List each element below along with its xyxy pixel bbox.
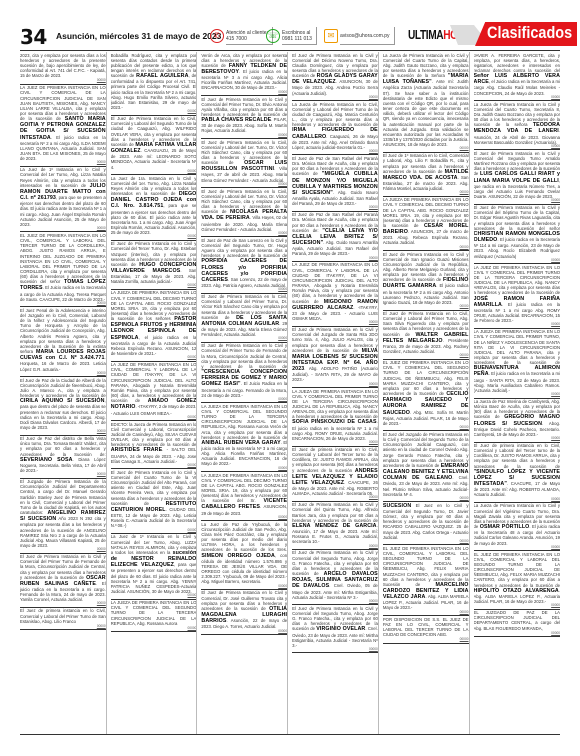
legal-notice: El Juez Penal de la Adolescencia e inter… bbox=[20, 307, 106, 377]
contact-email: ✉ avisos@uhora.com.py bbox=[324, 27, 395, 45]
legal-notice: El Juez de Paz de San Rafael del Paraná … bbox=[292, 155, 378, 211]
notice-text: POR DISPOSICION DE S.S. EL JUEZ DE PAZ E… bbox=[383, 617, 469, 637]
legal-notice: LA JUEZ DE PRIMERA INSTANCIA EN LO CIVIL… bbox=[474, 264, 561, 329]
legal-notice: LA JUEZ DE PRIMERA INSTANCIA EN LO CIVIL… bbox=[292, 262, 378, 327]
legal-notice: La Juez de Paz de Yrybucuá, de la Circun… bbox=[201, 521, 287, 590]
notice-code: 00000 bbox=[111, 110, 197, 113]
notice-code: 00000 bbox=[474, 259, 561, 262]
notice-code: 00000 bbox=[292, 257, 378, 260]
notice-subject-name: SEVERIANO SOSA bbox=[20, 457, 73, 463]
notice-code: 00000 bbox=[201, 288, 287, 291]
legal-notice: Verón de Arca, cita y emplaza por sesent… bbox=[201, 52, 287, 96]
section-title: Clasificados bbox=[487, 23, 572, 43]
notice-text: . Abg. ADOLFO PATIÑO (Actuario Judicial)… bbox=[292, 366, 378, 382]
legal-notice: SUCESION El Juez en lo Civil y Comercial… bbox=[383, 502, 469, 545]
legal-notice: El Juez de Primera Instancia en lo Civil… bbox=[201, 343, 287, 403]
legal-notice: La Jueza de Paz Interina de Cambyretá, A… bbox=[474, 399, 561, 443]
notice-code: 00000 bbox=[20, 602, 106, 605]
legal-notice: El Juez de Primera Instancia en lo Civil… bbox=[383, 251, 469, 310]
notice-text: La Jueza de Primera Instancia en lo Civi… bbox=[292, 102, 378, 128]
notice-text: , de conformidad a lo dispuesto por el A… bbox=[111, 73, 197, 110]
classifieds-columns: 2023, cita y emplaza por sesenta días a … bbox=[20, 52, 560, 734]
notice-subject-name: ANIBAL RUBEN VERA GARAY bbox=[201, 440, 280, 446]
legal-notice: El Juez de Primera Instancia en lo Civil… bbox=[111, 469, 197, 534]
notice-code: 00000 bbox=[383, 354, 469, 357]
legal-notice: El Juez de Paz de San Lorenzo en lo Civi… bbox=[201, 237, 287, 293]
notice-code: 00000 bbox=[201, 467, 287, 470]
notice-code: 00000 bbox=[474, 96, 561, 99]
notice-code: 00000 bbox=[474, 437, 561, 440]
legal-notice: La Jueza de Primera Instancia en lo Civi… bbox=[474, 503, 561, 551]
notice-code: 00000 bbox=[20, 430, 106, 433]
page-header: 34 Asunción, miércoles 31 de mayo de 202… bbox=[20, 22, 575, 48]
notice-subject-name: VIRGINIO OVELAR bbox=[316, 626, 365, 632]
notice-text: EL JUEZ DE PRIMERA INSTANCIA EN LO CIVIL… bbox=[20, 233, 106, 284]
legal-notice: EL JUEZ DE PRIMERA INSTANCIA EN LO CIVIL… bbox=[383, 545, 469, 616]
legal-notice: EL JUEZ DE PRIMERA INSTANCIA EN LO CIVIL… bbox=[474, 551, 561, 609]
footer-rule bbox=[20, 734, 560, 735]
legal-notice: El Juez de Primera Instancia en lo Civil… bbox=[201, 139, 287, 188]
notice-code: 00000 bbox=[201, 183, 287, 186]
phone-icon: ✆ bbox=[210, 29, 224, 43]
legal-notice: El Juez de Primera Instancia en lo Civil… bbox=[292, 52, 378, 101]
notice-text: El Juez de Primera Instancia en lo Civil… bbox=[292, 502, 378, 522]
legal-notice: El Juez de Primera Instancia en lo Civil… bbox=[201, 294, 287, 343]
legal-notice: Bobadilla Rodríguez, cita y emplaza por … bbox=[111, 52, 197, 116]
legal-notice: LA JUEZA DE PRIMERA INSTANCIA EN LO CIVI… bbox=[474, 329, 561, 399]
legal-notice: El Juez de Primera Instancia en lo Civil… bbox=[292, 605, 378, 653]
notice-subject-name: OSMAR PORTILLO bbox=[480, 524, 530, 530]
column-4: El Juez de Primera Instancia en lo Civil… bbox=[292, 52, 379, 734]
notice-text: El Juez de Paz del distrito de Bella Vis… bbox=[20, 436, 106, 456]
notice-code: 00000 bbox=[383, 638, 469, 641]
notice-text: LA JUEZ DE PRIMERA INSTANCIA EN LO CIVIL… bbox=[111, 362, 197, 403]
legal-notice: El Juez de Primera Instancia en lo Civil… bbox=[111, 241, 197, 290]
notice-code: 00000 bbox=[474, 632, 561, 635]
notice-text: EL JUEZ DE PRIMERA INSTANCIA EN LO CIVIL… bbox=[474, 552, 561, 588]
legal-notice: El Juez de 1º Instancia en lo Civil, Com… bbox=[383, 153, 469, 197]
notice-text: El Juez de Paz de la Ciudad de Alberdi d… bbox=[20, 378, 106, 398]
notice-code: 00000 bbox=[292, 600, 378, 603]
legal-notice: LA JUEZA DE PRIMERA INSTANCIA EN LO CIVI… bbox=[111, 290, 197, 362]
notice-code: 00000 bbox=[111, 416, 197, 419]
notice-code: 00000 bbox=[111, 170, 197, 173]
notice-text: 2023, cita y emplaza por sesenta días a … bbox=[20, 53, 106, 79]
notice-code: 00000 bbox=[20, 625, 106, 628]
contact-whatsapp: ☏ Escribinos al0981 111 013 bbox=[266, 27, 317, 45]
legal-notice: LA JUEZ DE PRIMERA INSTANCIA EN LO CIVIL… bbox=[20, 85, 106, 167]
notice-code: 00000 bbox=[201, 337, 287, 340]
legal-notice: LA JUEZA DE PRIMERA INSTANCIA EN LO CIVI… bbox=[111, 600, 197, 633]
notice-code: 00000 bbox=[111, 627, 197, 630]
notice-text: EL JUZGADO DE PAZ DE LA CIRCUNSCRIPCION … bbox=[474, 610, 561, 630]
notice-code: 00000 bbox=[201, 585, 287, 588]
legal-notice: El Juez de Primera Instancia en lo Civil… bbox=[474, 150, 561, 204]
notice-text: El Juez de primera instancia en lo Civil… bbox=[20, 608, 106, 623]
notice-text: El Juez en lo Civil y Comercial del Segu… bbox=[383, 503, 469, 540]
notice-code: 00000 bbox=[383, 540, 469, 543]
notice-text: El Juez de Primera Instancia en lo Civil… bbox=[201, 97, 287, 117]
mail-icon: ✉ bbox=[324, 29, 338, 43]
notice-code: 00000 bbox=[201, 630, 287, 633]
notice-text: El Juez de Primera Instancia en lo Civil… bbox=[201, 343, 287, 369]
legal-notice: El Juez de Primera Instancia en lo Civil… bbox=[383, 311, 469, 360]
legal-notice: La Juez de 1º Instancia en lo Civil y Co… bbox=[20, 167, 106, 233]
notice-code: 00000 bbox=[383, 611, 469, 614]
notice-code: 00000 bbox=[474, 199, 561, 202]
notice-code: 00000 bbox=[111, 284, 197, 287]
notice-code: 00000 bbox=[20, 79, 106, 82]
notice-subject-name: SIMEON ORREGO OJEDA bbox=[201, 553, 275, 559]
column-3: Verón de Arca, cita y emplaza por sesent… bbox=[201, 52, 288, 734]
column-1: 2023, cita y emplaza por sesenta días a … bbox=[20, 52, 107, 734]
notice-text: EDICTO: la Jueza de Primera Instancia en… bbox=[111, 422, 197, 448]
header-rule bbox=[20, 50, 560, 51]
notice-subject-name: CIRILA AQUINO S/ SUCESIÓN bbox=[20, 398, 105, 404]
notice-text: El Juez de Primera Instancia en lo Civil… bbox=[474, 205, 561, 231]
notice-subject-name: ARISTIDES FRARE bbox=[111, 447, 163, 453]
legal-notice: La Jueza de Primera Instancia en lo Civi… bbox=[383, 52, 469, 153]
notice-text: La Juez de Paz de Yrybucuá, de la Circun… bbox=[201, 522, 287, 553]
notice-code: 00000 bbox=[20, 227, 106, 230]
notice-text: El Juez de Paz de San Lorenzo en lo Civi… bbox=[201, 238, 287, 258]
legal-notice: La Juez de 1º Instancia en lo Civil y Co… bbox=[111, 534, 197, 600]
legal-notice: El Juez de primera instancia en lo Civil… bbox=[292, 447, 378, 502]
notice-subject-name: SUCESION bbox=[383, 503, 411, 509]
publication-date: Asunción, miércoles 31 de mayo de 2023 bbox=[56, 31, 221, 41]
notice-code: 00000 bbox=[292, 545, 378, 548]
notice-code: 00000 bbox=[201, 398, 287, 401]
notice-text: LA JUEZA DE PRIMERA INSTANCIA EN LO CIVI… bbox=[201, 404, 287, 440]
legal-notice: LA JUEZA DE PRIMERA INSTANCIA EN LO CIVI… bbox=[201, 403, 287, 472]
notice-code: 00000 bbox=[111, 235, 197, 238]
notice-code: 00000 bbox=[292, 206, 378, 209]
notice-subject-name: MARIA LOURDES ROJAS CUEVAS con C.I. Nº 3… bbox=[20, 349, 106, 361]
notice-code: 00000 bbox=[474, 546, 561, 549]
legal-notice: El Juez del Juzgado de Primera Instancia… bbox=[383, 431, 469, 502]
legal-notice: LA JUEZA DE PRIMERA INSTANCIA EN LO CIVI… bbox=[383, 197, 469, 251]
notice-code: 00000 bbox=[111, 464, 197, 467]
notice-text: LA JUEZ DE PRIMERA INSTANCIA EN LO CIVIL… bbox=[474, 265, 561, 296]
notice-code: 00000 bbox=[474, 498, 561, 501]
notice-code: 00000 bbox=[20, 372, 106, 375]
notice-code: 00000 bbox=[201, 232, 287, 235]
legal-notice: EDICTO: la Jueza de Primera Instancia en… bbox=[111, 421, 197, 469]
legal-notice: La Jueza de Primera Instancia en lo Civi… bbox=[474, 101, 561, 150]
notice-code: 00000 bbox=[111, 529, 197, 532]
legal-notice: 2023, cita y emplaza por sesenta días a … bbox=[20, 52, 106, 85]
notice-code: 00000 bbox=[201, 91, 287, 94]
notice-code: 00000 bbox=[20, 473, 106, 476]
legal-notice: EL JUEZ DE PRIMERA INSTANCIA EN LO CIVIL… bbox=[20, 232, 106, 307]
notice-code: 00000 bbox=[292, 383, 378, 386]
notice-code: 00000 bbox=[292, 648, 378, 651]
column-5: La Jueza de Primera Instancia en lo Civi… bbox=[383, 52, 470, 734]
legal-notice: El Juez de Primera Instancia en lo Civil… bbox=[20, 554, 106, 608]
legal-notice: El Juez de Primera Instancia en lo Civil… bbox=[201, 590, 287, 635]
notice-code: 00000 bbox=[474, 323, 561, 326]
legal-notice: El Juez de Primera Instancia en lo Civil… bbox=[292, 502, 378, 550]
notice-text: JAVIER A. FERREIRA GARCETE, cita y empla… bbox=[474, 53, 561, 73]
notice-subject-name: HIPOLITO OTAZO ALVARENGA bbox=[474, 588, 559, 594]
notice-code: 00000 bbox=[383, 246, 469, 249]
notice-subject-name: SOFIA PINSKOUZKI DE CASAS bbox=[292, 419, 377, 425]
notice-code: 00000 bbox=[292, 150, 378, 153]
notice-text: LA JUEZA DE PRIMERA INSTANCIA EN LO CIVI… bbox=[111, 600, 197, 626]
notice-text: El Juez de primera instancia en lo Civil… bbox=[474, 443, 561, 469]
notice-code: 00000 bbox=[111, 594, 197, 597]
legal-notice: EL JUEZ DE PRIMERA INSTANCIA EN LO CIVIL… bbox=[383, 360, 469, 432]
legal-notice: El Juez de Primera Instancia en lo Civil… bbox=[201, 96, 287, 139]
legal-notice: LA JUEZA DE PRIMERA INSTANCIA EN LO CIVI… bbox=[201, 472, 287, 521]
notice-code: 00000 bbox=[201, 134, 287, 137]
legal-notice: La Jueza de Primera Instancia en lo Civi… bbox=[292, 101, 378, 155]
notice-code: 00000 bbox=[474, 145, 561, 148]
notice-code: 00000 bbox=[201, 516, 287, 519]
notice-code: 00000 bbox=[292, 496, 378, 499]
legal-notice: El Juez de Paz de la Ciudad de Alberdi d… bbox=[20, 377, 106, 435]
notice-code: 00000 bbox=[292, 96, 378, 99]
legal-notice: POR DISPOSICION DE S.S. EL JUEZ DE PAZ E… bbox=[383, 616, 469, 644]
notice-code: 00000 bbox=[20, 548, 106, 551]
section-banner: Clasificados bbox=[475, 22, 577, 46]
legal-notice: El Juez de Paz del distrito de Bella Vis… bbox=[20, 436, 106, 479]
notice-text: LA JUEZA DE PRIMERA INSTANCIA EN LO CIVI… bbox=[292, 389, 378, 420]
notice-code: 00000 bbox=[383, 426, 469, 429]
notice-code: 00000 bbox=[292, 441, 378, 444]
notice-code: 00000 bbox=[20, 161, 106, 164]
notice-text: LA JUEZA DE PRIMERA INSTANCIA EN LO CIVI… bbox=[474, 329, 561, 365]
notice-code: 00000 bbox=[383, 147, 469, 150]
notice-code: 00000 bbox=[474, 604, 561, 607]
legal-notice: El Juez de Primera Instancia en lo Civil… bbox=[474, 205, 561, 264]
legal-notice: El Juez de Paz de San Rafael del Paraná … bbox=[292, 212, 378, 262]
notice-code: 00000 bbox=[383, 497, 469, 500]
notice-text: EL JUEZ DE PRIMERA INSTANCIA EN LO CIVIL… bbox=[383, 546, 469, 587]
notice-code: 00000 bbox=[383, 191, 469, 194]
notice-code: 00000 bbox=[20, 302, 106, 305]
notice-text: . Ante mí: Judith Angélica Zarza (Actuar… bbox=[383, 79, 469, 147]
legal-notice: El Juez de primera instancia en lo Civil… bbox=[20, 608, 106, 630]
notice-text: El Juez Penal de la Adolescencia e inter… bbox=[20, 308, 106, 354]
notice-subject-name: LUIS CARLOS GALLI RIART y LIANA MARIA VO… bbox=[474, 171, 561, 183]
notice-subject-name: PABLA CHAVES RECALDE bbox=[201, 117, 271, 123]
notice-code: 00000 bbox=[474, 393, 561, 396]
legal-notice: El Juez de primera instancia en lo Civil… bbox=[474, 443, 561, 503]
notice-code: 00000 bbox=[383, 305, 469, 308]
notice-subject-name: ELENA MENDEZ DE GARCIA bbox=[292, 523, 377, 529]
notice-code: 00000 bbox=[111, 356, 197, 359]
legal-notice: El Juzgado de Primera Instancia de la Ci… bbox=[20, 479, 106, 554]
notice-code: 00000 bbox=[292, 321, 378, 324]
legal-notice: JAVIER A. FERREIRA GARCETE, cita y empla… bbox=[474, 52, 561, 101]
legal-notice: LA JUEZA DE PRIMERA INSTANCIA EN LO CIVI… bbox=[292, 388, 378, 446]
column-6: JAVIER A. FERREIRA GARCETE, cita y empla… bbox=[474, 52, 561, 734]
column-2: Bobadilla Rodríguez, cita y emplaza por … bbox=[111, 52, 198, 734]
whatsapp-icon: ☏ bbox=[266, 29, 280, 43]
contact-phone: ✆ Atención al cliente:415 7000 bbox=[210, 27, 273, 45]
legal-notice: El Juez de Primera Instancia en lo Civil… bbox=[292, 550, 378, 605]
legal-notice: La Juez de 1ra. Instancia en lo Civil y … bbox=[111, 175, 197, 241]
page-number: 34 bbox=[20, 25, 47, 49]
legal-notice: El Juez de Primera Instancia en lo Civil… bbox=[292, 327, 378, 388]
legal-notice: EL JUZGADO DE PAZ DE LA CIRCUNSCRIPCION … bbox=[474, 610, 561, 638]
legal-notice: El Juez de Primera Instancia en lo Civil… bbox=[111, 116, 197, 175]
notice-text: LA JUEZ DE PRIMERA INSTANCIA EN LO CIVIL… bbox=[292, 262, 378, 303]
legal-notice: LA JUEZ DE PRIMERA INSTANCIA EN LO CIVIL… bbox=[111, 362, 197, 421]
notice-subject-name: RAFAEL AGUILERA bbox=[136, 73, 188, 79]
legal-notice: El Juez de Primera Instancia en lo Civil… bbox=[201, 188, 287, 237]
